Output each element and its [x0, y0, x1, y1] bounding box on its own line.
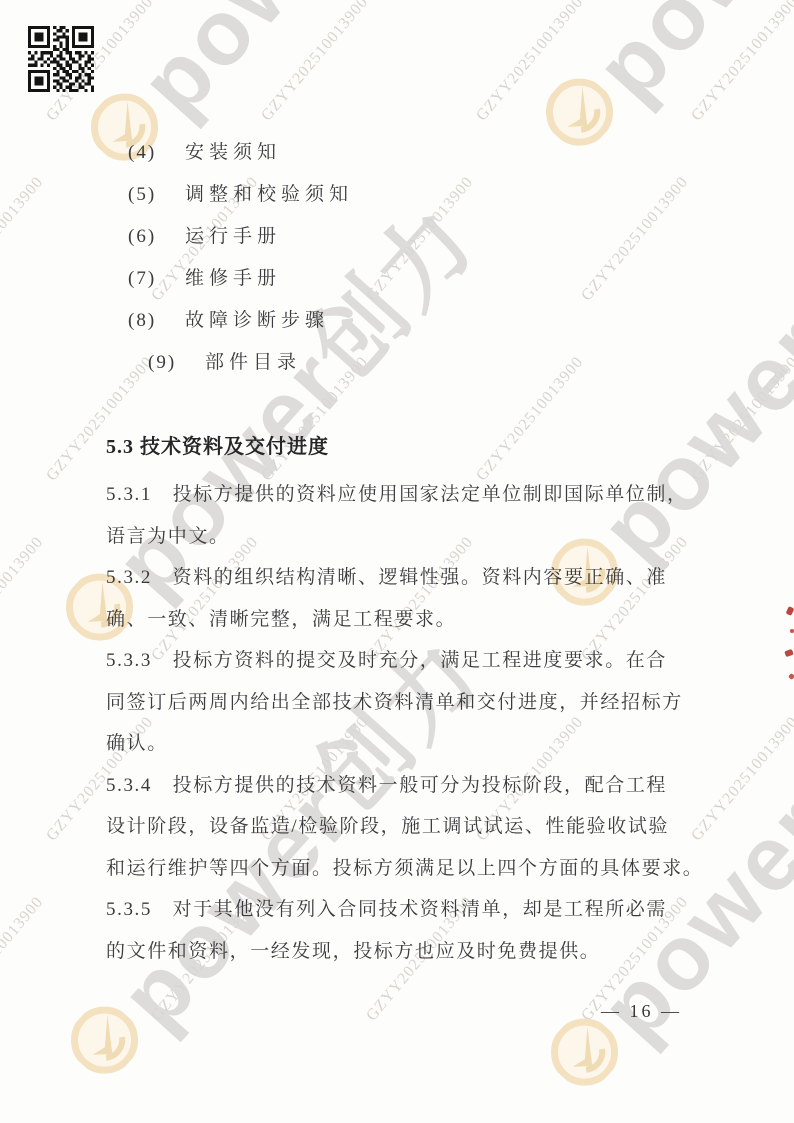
paragraph: 5.3.1 投标方提供的资料应使用国家法定单位制即国际单位制，语言为中文。	[106, 474, 722, 557]
list-item-number: (5)	[128, 174, 185, 216]
paragraph-line: 5.3.3 投标方资料的提交及时充分，满足工程进度要求。在合	[106, 640, 722, 682]
list-item-label: 维修手册	[185, 268, 281, 289]
page-number: — 16 —	[601, 1001, 682, 1022]
paragraph-line: 同签订后两周内给出全部技术资料清单和交付进度，并经招标方	[106, 682, 722, 724]
section-paragraphs: 5.3.1 投标方提供的资料应使用国家法定单位制即国际单位制，语言为中文。5.3…	[106, 474, 722, 972]
list-item-label: 故障诊断步骤	[185, 310, 329, 331]
paragraph-line: 设计阶段，设备监造/检验阶段，施工调试试运、性能验收试验	[106, 806, 722, 848]
paragraph: 5.3.3 投标方资料的提交及时充分，满足工程进度要求。在合同签订后两周内给出全…	[106, 640, 722, 765]
list-item-number: (4)	[128, 132, 185, 174]
paragraph-line: 5.3.2 资料的组织结构清晰、逻辑性强。资料内容要正确、准	[106, 557, 722, 599]
list-item: (7)维修手册	[128, 258, 353, 300]
list-item-number: (8)	[128, 300, 185, 342]
list-item-number: (9)	[148, 342, 205, 384]
paragraph-line: 和运行维护等四个方面。投标方须满足以上四个方面的具体要求。	[106, 848, 722, 890]
qr-code	[28, 26, 94, 92]
list-item-label: 安装须知	[185, 142, 281, 163]
paragraph-line: 5.3.5 对于其他没有列入合同技术资料清单，却是工程所必需	[106, 889, 722, 931]
seal-fragment	[790, 629, 794, 633]
list-item-label: 调整和校验须知	[185, 184, 353, 205]
page-content: (4)安装须知(5)调整和校验须知(6)运行手册(7)维修手册(8)故障诊断步骤…	[0, 0, 794, 1123]
deliverables-list: (4)安装须知(5)调整和校验须知(6)运行手册(7)维修手册(8)故障诊断步骤…	[128, 132, 353, 384]
list-item-label: 运行手册	[185, 226, 281, 247]
list-item: (4)安装须知	[128, 132, 353, 174]
list-item-label: 部件目录	[205, 352, 301, 373]
paragraph-line: 5.3.4 投标方提供的技术资料一般可分为投标阶段，配合工程	[106, 765, 722, 807]
list-item: (5)调整和校验须知	[128, 174, 353, 216]
paragraph: 5.3.5 对于其他没有列入合同技术资料清单，却是工程所必需的文件和资料，一经发…	[106, 889, 722, 972]
list-item-number: (7)	[128, 258, 185, 300]
list-item: (6)运行手册	[128, 216, 353, 258]
document-page: GZYY202510013900GZYY202510013900GZYY2025…	[0, 0, 794, 1123]
paragraph: 5.3.2 资料的组织结构清晰、逻辑性强。资料内容要正确、准确、一致、清晰完整，…	[106, 557, 722, 640]
list-item: (9)部件目录	[148, 342, 353, 384]
paragraph-line: 语言为中文。	[106, 516, 722, 558]
list-item-number: (6)	[128, 216, 185, 258]
paragraph-line: 确、一致、清晰完整，满足工程要求。	[106, 599, 722, 641]
list-item: (8)故障诊断步骤	[128, 300, 353, 342]
paragraph-line: 5.3.1 投标方提供的资料应使用国家法定单位制即国际单位制，	[106, 474, 722, 516]
paragraph: 5.3.4 投标方提供的技术资料一般可分为投标阶段，配合工程设计阶段，设备监造/…	[106, 765, 722, 890]
paragraph-line: 的文件和资料，一经发现，投标方也应及时免费提供。	[106, 931, 722, 973]
section-heading: 5.3 技术资料及交付进度	[106, 430, 329, 459]
paragraph-line: 确认。	[106, 723, 722, 765]
